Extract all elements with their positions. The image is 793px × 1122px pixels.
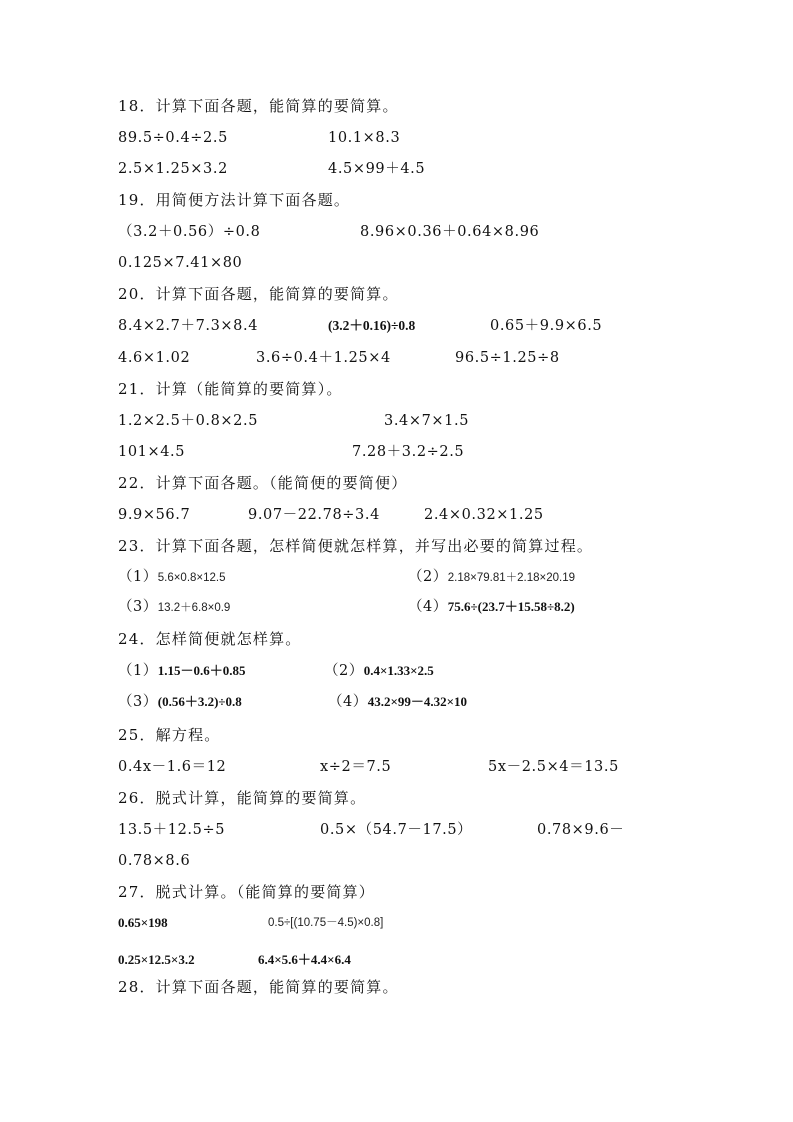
q18-expr-4: 4.5×99＋4.5 [328,160,425,178]
q24-item-2: （2）0.4×1.33×2.5 [324,662,434,680]
question-21-title: 21．计算（能简算的要简算）。 [118,380,343,398]
q23-item-1: （1）5.6×0.8×12.5 [118,568,226,587]
question-24-title: 24．怎样简便就怎样算。 [118,630,302,648]
q21-expr-3: 101×4.5 [118,443,185,461]
q27-expr-2: 0.5÷[(10.75－4.5)×0.8] [268,914,383,932]
question-26-title: 26．脱式计算，能简算的要简算。 [118,789,366,807]
q23-expr-2: 2.18×79.81＋2.18×20.19 [448,572,575,584]
q23-label-1: （1） [118,569,158,585]
q24-label-2: （2） [324,663,364,679]
q23-label-2: （2） [408,569,448,585]
q24-expr-2: 0.4×1.33×2.5 [364,663,434,678]
q23-label-4: （4） [408,599,448,615]
q26-expr-1: 13.5＋12.5÷5 [118,821,225,839]
q26-expr-3-part2: 0.78×8.6 [118,852,190,870]
question-18-title: 18．计算下面各题，能简算的要简算。 [118,97,399,115]
q20-expr-5: 3.6÷0.4＋1.25×4 [256,349,391,367]
q24-expr-4: 43.2×99－4.32×10 [368,694,467,709]
question-23-title: 23．计算下面各题，怎样简便就怎样算，并写出必要的简算过程。 [118,537,593,555]
q21-expr-4: 7.28＋3.2÷2.5 [352,443,464,461]
q24-item-3: （3）(0.56＋3.2)÷0.8 [118,693,242,711]
q27-expr-3: 0.25×12.5×3.2 [118,951,195,969]
question-25-title: 25．解方程。 [118,726,221,744]
q22-expr-1: 9.9×56.7 [118,506,190,524]
q24-expr-1: 1.15－0.6＋0.85 [158,663,246,678]
q22-expr-3: 2.4×0.32×1.25 [424,506,544,524]
q23-label-3: （3） [118,599,158,615]
q20-expr-4: 4.6×1.02 [118,349,190,367]
question-20-title: 20．计算下面各题，能简算的要简算。 [118,285,399,303]
q18-expr-1: 89.5÷0.4÷2.5 [118,129,228,147]
q23-expr-3: 13.2＋6.8×0.9 [158,602,231,614]
q24-item-4: （4）43.2×99－4.32×10 [328,693,467,711]
q20-expr-3: 0.65＋9.9×6.5 [490,317,602,335]
q24-label-4: （4） [328,694,368,710]
q18-expr-2: 10.1×8.3 [328,129,400,147]
q21-expr-2: 3.4×7×1.5 [384,412,469,430]
question-22-title: 22．计算下面各题。（能简便的要简便） [118,474,407,492]
q25-equation-2: x÷2＝7.5 [320,758,391,776]
q19-expr-3: 0.125×7.41×80 [118,254,242,272]
q18-expr-3: 2.5×1.25×3.2 [118,160,228,178]
q24-expr-3: (0.56＋3.2)÷0.8 [158,694,242,709]
q25-equation-1: 0.4x－1.6＝12 [118,758,226,776]
q19-expr-2: 8.96×0.36＋0.64×8.96 [360,223,539,241]
question-19-title: 19．用简便方法计算下面各题。 [118,191,350,209]
q23-item-4: （4）75.6÷(23.7＋15.58÷8.2) [408,598,575,616]
q24-label-3: （3） [118,694,158,710]
q27-expr-4: 6.4×5.6＋4.4×6.4 [258,951,351,969]
q26-expr-2: 0.5×（54.7－17.5） [320,821,472,839]
q24-label-1: （1） [118,663,158,679]
q23-item-2: （2）2.18×79.81＋2.18×20.19 [408,568,575,587]
q27-expr-1: 0.65×198 [118,914,168,932]
question-27-title: 27．脱式计算。（能简算的要简算） [118,883,375,901]
q24-item-1: （1）1.15－0.6＋0.85 [118,662,246,680]
q23-expr-1: 5.6×0.8×12.5 [158,572,226,584]
question-28-title: 28．计算下面各题，能简算的要简算。 [118,978,399,996]
q20-expr-1: 8.4×2.7＋7.3×8.4 [118,317,258,335]
q20-expr-2: (3.2＋0.16)÷0.8 [328,317,415,335]
q21-expr-1: 1.2×2.5＋0.8×2.5 [118,412,258,430]
q20-expr-6: 96.5÷1.25÷8 [455,349,560,367]
q23-item-3: （3）13.2＋6.8×0.9 [118,598,230,617]
q19-expr-1: （3.2＋0.56）÷0.8 [118,223,260,241]
q25-equation-3: 5x－2.5×4＝13.5 [488,758,619,776]
q23-expr-4: 75.6÷(23.7＋15.58÷8.2) [448,599,575,614]
q22-expr-2: 9.07－22.78÷3.4 [248,506,380,524]
q26-expr-3-part1: 0.78×9.6－ [537,821,624,839]
